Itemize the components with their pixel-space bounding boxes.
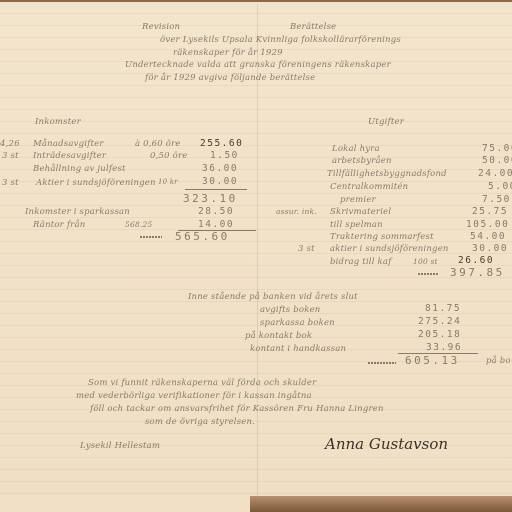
statement-line-4: som de övriga styrelsen.: [145, 417, 255, 427]
statement-line-1: Som vi funnit räkenskaperna väl förda oc…: [88, 378, 316, 388]
income-row2-label: Inkomster i sparkassan: [25, 207, 130, 217]
paper-bottom-edge: [250, 496, 512, 512]
balance-row-amount: 33.96: [426, 342, 462, 353]
header-line-3: räkenskaper för år 1929: [173, 48, 283, 58]
header-line-2: över Lysekils Upsala Kvinnliga folkskoll…: [160, 35, 401, 45]
expense-row-amount: 24.00: [478, 168, 512, 179]
expense-row-rate: 100 st: [413, 257, 438, 266]
expense-row-label: premier: [340, 195, 376, 205]
signature: Anna Gustavson: [325, 435, 448, 453]
income-row2-rate: 568.25: [125, 220, 152, 229]
expense-row-label: arbetsbyråen: [332, 156, 392, 166]
expense-row-label: till spelman: [330, 220, 383, 230]
balance-total: 605.13: [405, 354, 460, 367]
footer-place: Lysekil Hellestam: [80, 441, 160, 451]
expense-row-amount: 25.75: [472, 206, 508, 217]
expenses-heading: Utgifter: [368, 117, 404, 127]
income-heading: Inkomster: [35, 117, 81, 127]
expense-row-amount: 105.00: [466, 219, 509, 230]
expense-row-amount: 30.00: [472, 243, 508, 254]
income-subtotal: 323.10: [183, 192, 238, 205]
income-row-label: Inträdesavgifter: [33, 151, 106, 161]
income-row-margin: 3 st: [2, 151, 19, 161]
income-row-amount: 30.00: [202, 176, 238, 187]
expense-row-margin: assur. ink.: [276, 207, 317, 216]
expense-total-dots: [418, 273, 438, 275]
expense-row-label: bidrag till kaf: [330, 257, 392, 267]
balance-row-label: sparkassa boken: [260, 318, 335, 328]
income-total-dots: [140, 236, 162, 238]
expense-row-label: Traktering sommarfest: [330, 232, 434, 242]
income-row-label: Behållning av julfest: [33, 164, 126, 174]
balance-row-amount: 81.75: [425, 303, 461, 314]
expense-row-amount: 7.50: [482, 194, 511, 205]
balance-total-suffix: på bo: [486, 356, 511, 366]
expense-row-label: Lokal hyra: [332, 144, 380, 154]
header-line-4: Undertecknade valda att granska förening…: [125, 60, 391, 70]
header-title-left: Revision: [142, 22, 180, 32]
income-total: 565.60: [175, 230, 230, 243]
statement-line-2: med vederbörliga verifikationer för i ka…: [76, 391, 312, 401]
expense-row-amount: 26.60: [458, 255, 494, 266]
expenses-total: 397.85: [450, 266, 505, 279]
expense-row-amount: 54.00: [470, 231, 506, 242]
income-row2-amount: 14.00: [198, 219, 234, 230]
income-row-amount: 36.00: [202, 163, 238, 174]
header-line-5: för år 1929 avgiva följande berättelse: [145, 73, 315, 83]
expense-row-label: aktier i sundsjöföreningen: [330, 244, 449, 254]
income-row-label: Aktier i sundsjöföreningen: [36, 178, 156, 188]
income-row-amount: 1.50: [210, 150, 239, 161]
balance-row-label: på kontakt bok: [245, 331, 312, 341]
income-row-rate: 0,50 öre: [150, 151, 187, 161]
header-title-right: Berättelse: [290, 22, 336, 32]
expense-row-amount: 75.00: [482, 143, 512, 154]
balance-row-label: kontant i handkassan: [250, 344, 346, 354]
income-row-rate: à 0,60 öre: [135, 139, 181, 149]
income-row-label: Månadsavgifter: [33, 139, 104, 149]
income-row-margin: 4,26: [0, 139, 20, 149]
income-row2-label: Räntor från: [33, 220, 85, 230]
income-subtotal-rule: [185, 189, 247, 190]
expense-row-label: Skrivmateriel: [330, 207, 391, 217]
income-row-margin: 3 st: [2, 178, 19, 188]
balance-row-amount: 275.24: [418, 316, 461, 327]
balance-total-dots: [368, 362, 396, 364]
balance-intro: Inne stående på banken vid årets slut: [188, 292, 358, 302]
expense-row-amount: 50.00: [482, 155, 512, 166]
document-page: Revision Berättelse över Lysekils Upsala…: [0, 2, 512, 497]
statement-line-3: föll och tackar om ansvarsfrihet för Kas…: [90, 404, 384, 414]
expense-row-amount: 5.00: [488, 181, 512, 192]
income-row-rate: 10 kr: [158, 178, 178, 186]
income-row2-amount: 28.50: [198, 206, 234, 217]
expense-row-label: Tillfällighetsbyggnadsfond: [327, 169, 447, 179]
expense-row-label: Centralkommitén: [330, 182, 408, 192]
background-bottom-left: [0, 497, 250, 512]
balance-row-label: avgifts boken: [260, 305, 320, 315]
balance-row-amount: 205.18: [418, 329, 461, 340]
expense-row-margin: 3 st: [298, 244, 315, 254]
income-row-amount: 255.60: [200, 138, 243, 149]
